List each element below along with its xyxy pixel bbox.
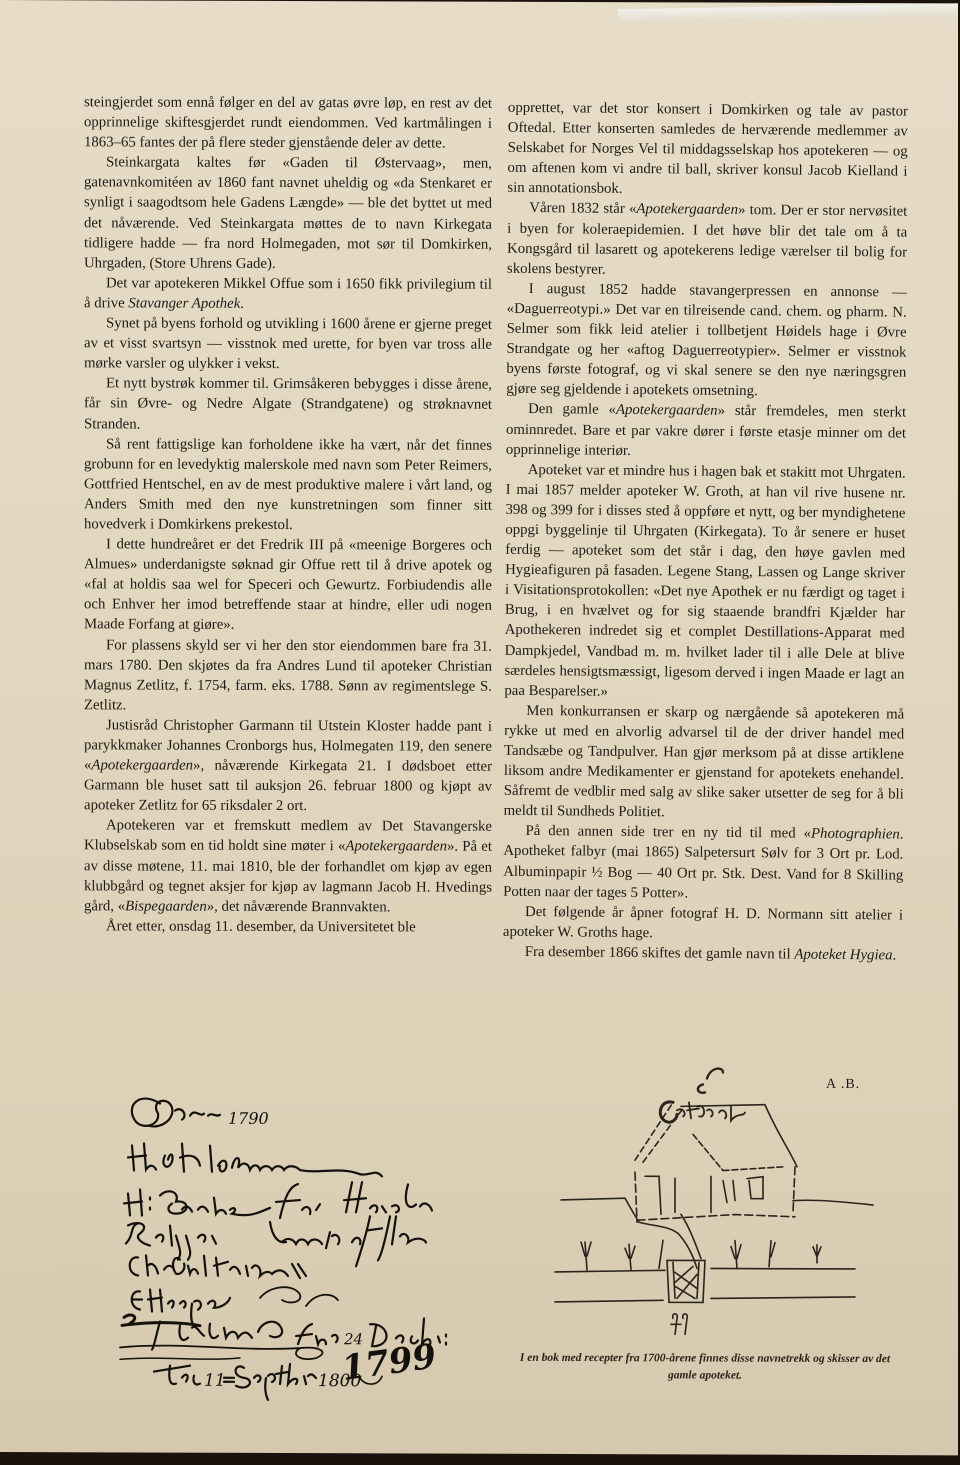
handwritten-signatures: 1790 24 — [120, 1085, 490, 1396]
paragraph: Et nytt bystrøk kommer til. Grimsåkeren … — [84, 374, 492, 436]
right-text-column: opprettet, var det stor konsert i Domkir… — [503, 98, 908, 966]
paragraph: Våren 1832 står «Apotekergaarden» tom. D… — [507, 198, 907, 282]
paragraph: Det var apotekeren Mikkel Offue som i 16… — [84, 273, 492, 315]
paragraph: I dette hundreåret er det Fredrik III på… — [84, 534, 492, 636]
paragraph: Apoteket var et mindre hus i hagen bak e… — [504, 459, 905, 704]
paragraph: I august 1852 hadde stavangerpressen en … — [506, 279, 907, 403]
paragraph: Men konkurransen er skarp og nærgående s… — [504, 701, 905, 825]
svg-text:1800: 1800 — [318, 1371, 361, 1391]
paragraph: Fra desember 1866 skiftes det gamle navn… — [503, 942, 903, 966]
paragraph: På den annen side trer en ny tid til med… — [503, 821, 903, 905]
paragraph: Den gamle «Apotekergaarden» står fremdel… — [506, 399, 906, 463]
paragraph: Steinkargata kaltes før «Gaden til Øster… — [84, 153, 492, 275]
paragraph: Apotekeren var et fremskutt medlem av De… — [84, 816, 492, 918]
paragraph: Året etter, onsdag 11. desember, da Univ… — [84, 916, 492, 938]
paragraph: Så rent fattigslige kan forholdene ikke … — [84, 434, 492, 536]
svg-text:1790: 1790 — [228, 1109, 269, 1128]
book-page: steingjerdet som ennå følger en del av g… — [0, 0, 958, 1455]
paragraph: Justisråd Christopher Garmann til Utstei… — [84, 715, 492, 817]
paragraph: Synet på byens forhold og utvikling i 16… — [84, 313, 492, 375]
paragraph: Det følgende år åpner fotograf H. D. Nor… — [503, 901, 903, 945]
figure-caption: I en bok med recepter fra 1700-årene fin… — [510, 1350, 900, 1385]
paragraph: For plassens skyld ser vi her den stor e… — [84, 635, 492, 717]
sketch-initials: A .B. — [826, 1077, 860, 1093]
svg-text:11: 11 — [204, 1371, 226, 1391]
left-text-column: steingjerdet som ennå følger en del av g… — [84, 92, 492, 937]
paragraph: opprettet, var det stor konsert i Domkir… — [507, 98, 908, 202]
pharmacy-sketch — [555, 1062, 895, 1353]
paragraph: steingjerdet som ennå følger en del av g… — [84, 92, 492, 154]
